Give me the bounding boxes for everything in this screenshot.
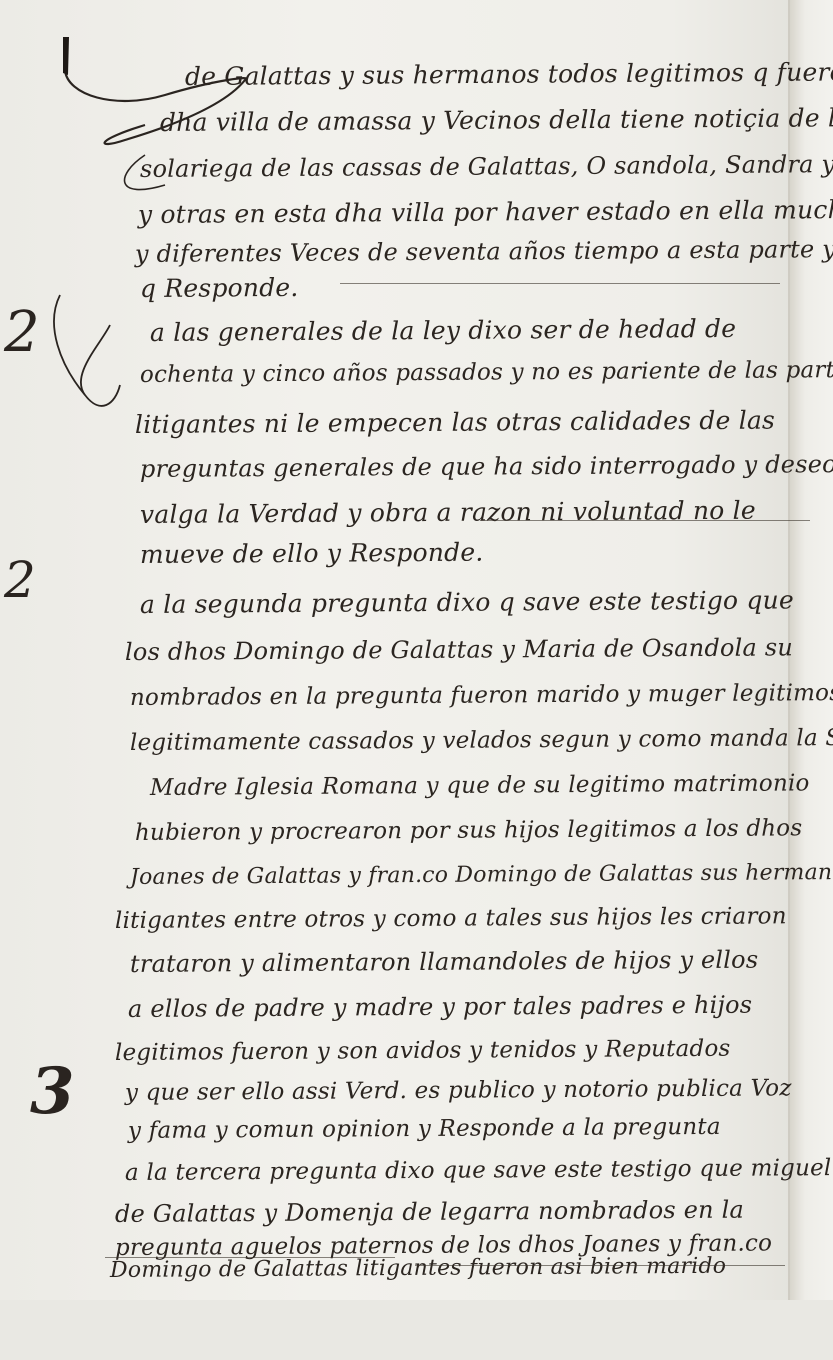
text-line: y otras en esta dha villa por haver esta… xyxy=(138,195,833,229)
text-line: a las generales de la ley dixo ser de he… xyxy=(150,314,736,347)
text-line: q Responde. xyxy=(140,273,299,303)
text-line: valga la Verdad y obra a razon ni volunt… xyxy=(140,496,756,529)
text-line: de Galattas y sus hermanos todos legitim… xyxy=(185,57,833,91)
text-line: a la tercera pregunta dixo que save este… xyxy=(125,1155,832,1186)
text-line: de Galattas y Domenja de legarra nombrad… xyxy=(115,1196,744,1228)
closing-rule-left xyxy=(105,1257,395,1258)
text-line: a ellos de padre y madre y por tales pad… xyxy=(128,991,752,1023)
margin-number-2-generales: 2 xyxy=(4,305,40,361)
margin-number-3-tercera: 3 xyxy=(30,1060,75,1124)
text-line: Domingo de Galattas litigantes fueron as… xyxy=(110,1254,726,1283)
text-line: litigantes ni le empecen las otras calid… xyxy=(135,406,775,439)
closing-rule-right xyxy=(415,1265,785,1266)
text-line: los dhos Domingo de Galattas y Maria de … xyxy=(125,633,793,666)
section-rule xyxy=(480,520,810,521)
text-line: ochenta y cinco años passados y no es pa… xyxy=(140,357,833,388)
text-line: preguntas generales de que ha sido inter… xyxy=(140,450,833,483)
text-line: solariega de las cassas de Galattas, O s… xyxy=(140,149,833,183)
text-line: mueve de ello y Responde. xyxy=(140,538,484,569)
text-line: a la segunda pregunta dixo q save este t… xyxy=(140,585,794,619)
text-line: trataron y alimentaron llamandoles de hi… xyxy=(130,946,758,978)
text-line: hubieron y procrearon por sus hijos legi… xyxy=(135,815,803,846)
text-line: y diferentes Veces de seventa años tiemp… xyxy=(135,235,833,268)
margin-number-2-segunda: 2 xyxy=(4,555,36,605)
text-line: legitimos fueron y son avidos y tenidos … xyxy=(115,1036,731,1066)
text-line: legitimamente cassados y velados segun y… xyxy=(130,725,833,756)
text-line: nombrados en la pregunta fueron marido y… xyxy=(130,680,833,711)
text-line: dha villa de amassa y Vecinos della tien… xyxy=(160,103,833,137)
text-line: y que ser ello assi Verd. es publico y n… xyxy=(125,1075,792,1106)
text-line: y fama y comun opinion y Responde a la p… xyxy=(128,1114,721,1144)
paraph-flourish-icon xyxy=(40,285,130,435)
text-line: Madre Iglesia Romana y que de su legitim… xyxy=(150,770,810,801)
section-rule xyxy=(340,283,780,284)
text-line: litigantes entre otros y como a tales su… xyxy=(115,903,787,934)
text-line: Joanes de Galattas y fran.co Domingo de … xyxy=(130,860,833,890)
